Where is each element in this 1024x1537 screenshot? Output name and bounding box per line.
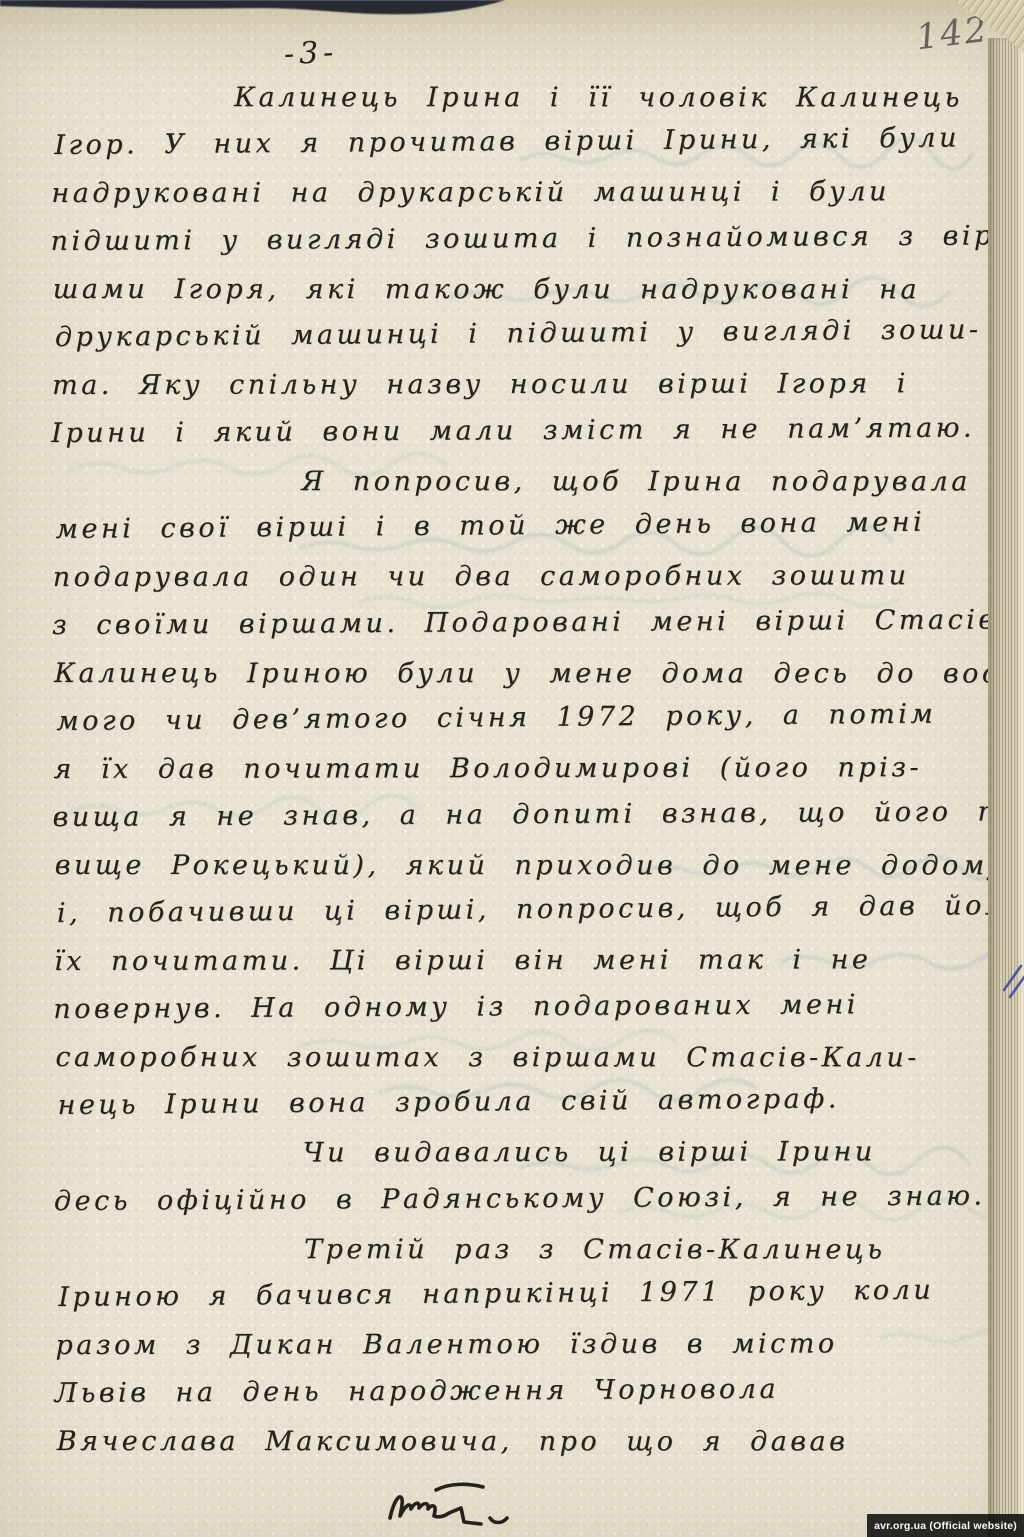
manuscript-line: підшиті у вигляді зошита і познайомився …: [50, 212, 1000, 266]
manuscript-line: та. Яку спільну назву носили вірші Ігоря…: [52, 360, 1002, 410]
manuscript-line: разом з Дикан Валентою їздив в місто: [55, 1320, 1005, 1370]
manuscript-line: десь офіційно в Радянському Союзі, я не …: [54, 1172, 1004, 1226]
book-binding-edge: [0, 0, 1024, 26]
page-stack-edge: [988, 38, 1024, 1537]
manuscript-line: з своїми віршами. Подаровані мені вірші …: [52, 596, 1002, 650]
manuscript-line: Вячеслава Максимовича, про що я давав: [57, 1418, 1007, 1466]
manuscript-line: мені свої вірші і в той же день вона мен…: [55, 498, 1005, 554]
manuscript-line: Львів на день народження Чорновола: [54, 1364, 1004, 1418]
manuscript-line: подарувала один чи два саморобних зошити: [53, 552, 1003, 602]
manuscript-line: повернув. На одному із подарованих мені: [53, 980, 1003, 1034]
manuscript-line: Іриною я бачився наприкінці 1971 року ко…: [58, 1266, 1008, 1322]
manuscript-line: Чи видавались ці вірші Ірини: [55, 1128, 1005, 1178]
manuscript-line: і, побачивши ці вірші, попросив, щоб я д…: [57, 882, 1007, 938]
manuscript-text-block: Калинець Ірина і її чоловік КалинецьІгор…: [52, 71, 1007, 1466]
manuscript-line: Ірини і який вони мали зміст я не пам’ят…: [51, 404, 1001, 458]
manuscript-line: друкарській машинці і підшиті у вигляді …: [55, 306, 1005, 362]
manuscript-line: їх почитати. Ці вірші він мені так і не: [54, 936, 1004, 986]
signature-mark: [384, 1478, 530, 1530]
manuscript-line: мого чи дев’ятого січня 1972 року, а пот…: [56, 690, 1006, 746]
manuscript-line: я їх дав почитати Володимирові (його прі…: [53, 744, 1003, 794]
manuscript-line: нець Ірини вона зробила свій автограф.: [57, 1074, 1007, 1130]
page-marker: -3-: [283, 35, 339, 72]
manuscript-line: надруковані на друкарській машинці і бул…: [51, 168, 1001, 218]
manuscript-line: вища я не знав, а на допиті взнав, що йо…: [52, 788, 1002, 842]
watermark-label: avr.org.ua (Official website): [867, 1514, 1024, 1537]
manuscript-page-scan: -3- 142 Калинець Ірина і її чоловік Кали…: [0, 0, 1024, 1537]
manuscript-line: Ігор. У них я прочитав вірші Ірини, які …: [54, 114, 1004, 170]
